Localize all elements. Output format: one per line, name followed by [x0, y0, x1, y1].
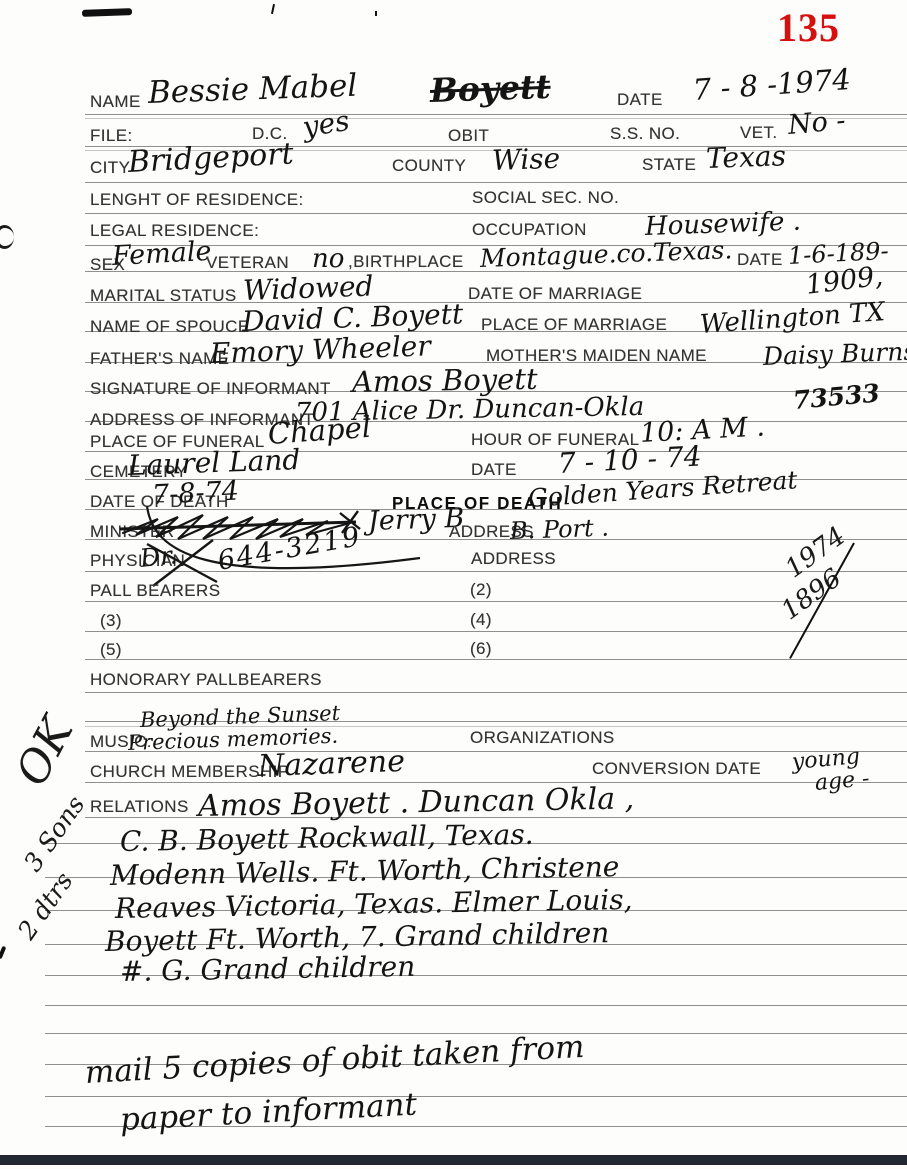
- field-length-residence-label: LENGHT OF RESIDENCE:: [90, 190, 304, 210]
- field-cemetery-value: Laurel Land: [128, 446, 301, 480]
- field-mother-value: Daisy Burns: [763, 339, 907, 369]
- margin-ok-note: OK: [6, 709, 83, 794]
- field-church-membership-value: Nazarene: [257, 747, 405, 782]
- scan-artifact-speck: [375, 11, 377, 16]
- field-marriage-place-label: PLACE OF MARRIAGE: [481, 315, 667, 335]
- field-veteran-value: no: [312, 246, 344, 272]
- field-pallbearer-3-label: (3): [100, 611, 122, 631]
- field-conversion-date-label: CONVERSION DATE: [592, 759, 761, 779]
- field-county-label: COUNTY: [392, 156, 466, 176]
- field-informant-signature-value: Amos Boyett: [352, 365, 538, 397]
- ruled-line: [85, 114, 907, 115]
- field-marital-label: MARITAL STATUS: [90, 286, 237, 306]
- field-pallbearer-5-label: (5): [100, 640, 122, 660]
- scanned-funeral-record: 135 NAME Bessie Mabel Boyett DATE 7 - 8 …: [0, 0, 907, 1169]
- field-vet-value: No -: [787, 107, 847, 139]
- ruled-line: [85, 631, 907, 632]
- field-burial-date-label: DATE: [471, 460, 517, 480]
- field-minister-address-value: B. Port .: [510, 516, 610, 543]
- field-pallbearers-label: PALL BEARERS: [90, 581, 220, 601]
- field-birthplace-value: Montague.co.Texas.: [480, 237, 733, 271]
- ruled-line: [45, 1096, 907, 1097]
- field-organizations-label: ORGANIZATIONS: [470, 728, 615, 748]
- ruled-line: [85, 692, 907, 693]
- ruled-line: [45, 1005, 907, 1006]
- field-marriage-date-label: DATE OF MARRIAGE: [468, 284, 642, 304]
- field-veteran-label: VETERAN: [206, 253, 289, 273]
- ruled-line: [85, 118, 907, 119]
- relations-line: Amos Boyett . Duncan Okla ,: [198, 784, 635, 822]
- field-name-label: NAME: [90, 92, 141, 112]
- ruled-line: [85, 182, 907, 183]
- field-informant-zip-value: 73533: [792, 380, 881, 412]
- field-honorary-label: HONORARY PALLBEARERS: [90, 670, 322, 690]
- field-pallbearer-2-label: (2): [470, 580, 492, 600]
- field-occupation-label: OCCUPATION: [472, 220, 587, 240]
- ruled-line: [85, 659, 907, 660]
- field-name-first-value: Bessie Mabel: [147, 71, 357, 109]
- field-name-last-value: Boyett: [429, 70, 551, 107]
- margin-sons-note: 3 Sons: [18, 790, 90, 876]
- field-birthdate-label: DATE: [737, 250, 783, 270]
- field-informant-signature-label: SIGNATURE OF INFORMANT: [90, 379, 331, 399]
- bottom-note-line1: mail 5 copies of obit taken from: [84, 1032, 585, 1089]
- field-city-label: CITY: [90, 158, 130, 178]
- scan-artifact-comma: [0, 946, 6, 960]
- field-city-value: Bridgeport: [127, 139, 294, 178]
- field-name-date-value: 7 - 8 -1974: [692, 65, 852, 105]
- field-pallbearer-4-label: (4): [470, 610, 492, 630]
- field-ssno-label: S.S. NO.: [610, 124, 680, 144]
- field-social-sec-label: SOCIAL SEC. NO.: [472, 188, 619, 208]
- field-obit-label: OBIT: [448, 126, 489, 146]
- field-county-value: Wise: [492, 145, 561, 175]
- field-marriage-place-value: Wellington TX: [699, 299, 886, 338]
- scan-artifact-hook: [0, 225, 14, 249]
- field-state-label: STATE: [642, 155, 696, 175]
- field-state-value: Texas: [706, 142, 787, 173]
- field-pallbearer-6-label: (6): [470, 639, 492, 659]
- field-relations-label: RELATIONS: [90, 797, 189, 817]
- scan-artifact-dash: [82, 8, 132, 17]
- scan-artifact-tick: [271, 4, 275, 14]
- field-conversion-line2-value: age -: [814, 768, 870, 795]
- relations-line: #. G. Grand children: [120, 953, 416, 986]
- relations-line: C. B. Boyett Rockwall, Texas.: [120, 821, 534, 856]
- field-physician-value: Dr.: [139, 542, 179, 571]
- field-name-date-label: DATE: [617, 90, 663, 110]
- field-father-value: Emory Wheeler: [210, 332, 432, 368]
- margin-daughters-note: 2 dtrs: [12, 867, 79, 945]
- field-physician-address-label: ADDRESS: [471, 549, 556, 569]
- scan-edge-bar: [0, 1155, 907, 1165]
- field-dc-value: yes: [301, 107, 352, 142]
- field-file-label: FILE:: [90, 126, 133, 146]
- field-father-label: FATHER'S NAME: [90, 349, 229, 369]
- page-number: 135: [777, 4, 840, 51]
- field-marriage-year-value: 1909,: [804, 263, 884, 299]
- field-sex-value: Female: [111, 238, 212, 270]
- field-spouse-label: NAME OF SPOUCE: [90, 317, 250, 337]
